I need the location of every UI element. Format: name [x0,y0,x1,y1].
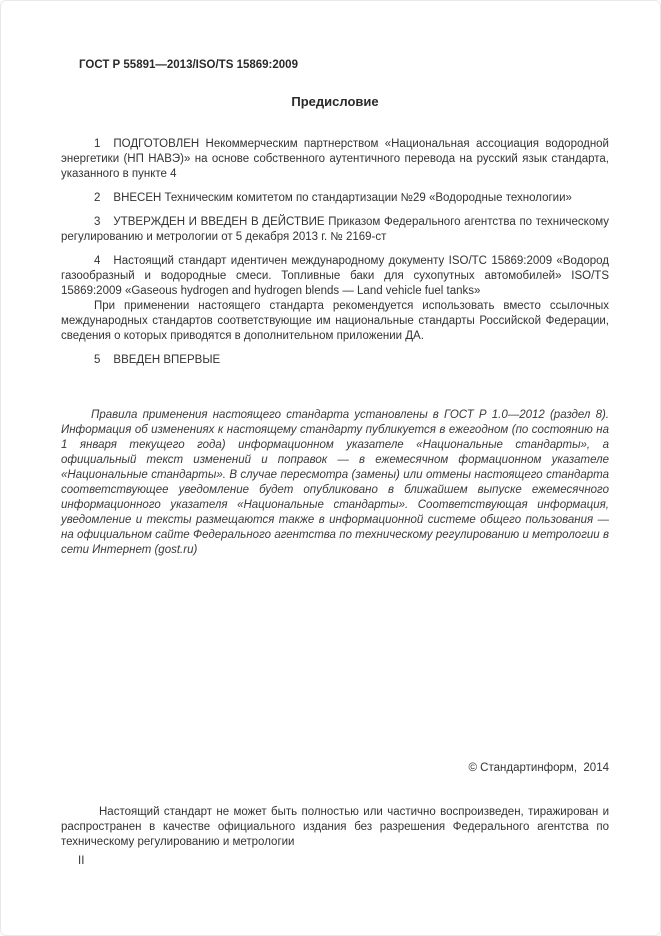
clause-4-text: Настоящий стандарт идентичен международн… [61,255,609,297]
application-rules-note: Правила применения настоящего стандарта … [61,408,609,558]
page-number: II [78,854,84,869]
document-page: ГОСТ Р 55891—2013/ISO/TS 15869:2009 Пред… [0,0,661,936]
clause-1-text: ПОДГОТОВЛЕН Некоммерческим партнерством … [61,138,609,180]
copyright-line: © Стандартинформ, 2014 [469,761,609,776]
clause-2-text: ВНЕСЕН Техническим комитетом по стандарт… [113,192,572,204]
clause-4: 4Настоящий стандарт идентичен международ… [61,254,609,299]
page-title: Предисловие [61,94,609,110]
clause-3-number: 3 [94,216,100,228]
clause-1: 1ПОДГОТОВЛЕН Некоммерческим партнерством… [61,137,609,182]
clause-5-text: ВВЕДЕН ВПЕРВЫЕ [113,354,220,366]
reproduction-disclaimer: Настоящий стандарт не может быть полност… [61,805,609,850]
clause-1-number: 1 [94,138,100,150]
clause-4-number: 4 [94,255,100,267]
clause-5-number: 5 [94,354,100,366]
clause-4-continuation: При применении настоящего стандарта реко… [61,299,609,344]
clause-2: 2ВНЕСЕН Техническим комитетом по стандар… [61,191,609,206]
clause-5: 5ВВЕДЕН ВПЕРВЫЕ [61,353,609,368]
standard-designation: ГОСТ Р 55891—2013/ISO/TS 15869:2009 [79,58,609,73]
clause-2-number: 2 [94,192,100,204]
clause-3-text: УТВЕРЖДЕН И ВВЕДЕН В ДЕЙСТВИЕ Приказом Ф… [61,216,609,243]
clause-3: 3УТВЕРЖДЕН И ВВЕДЕН В ДЕЙСТВИЕ Приказом … [61,215,609,245]
